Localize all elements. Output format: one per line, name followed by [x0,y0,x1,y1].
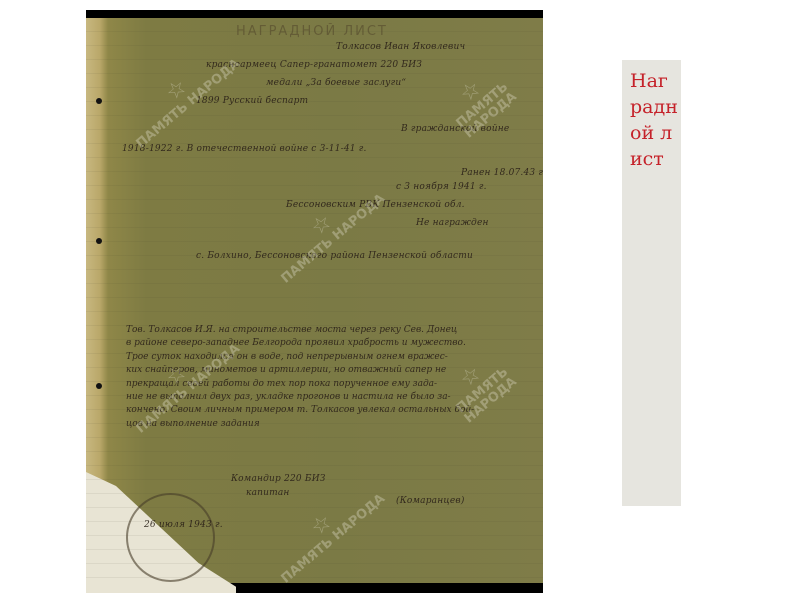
stamp-circle [126,493,215,582]
citation-line: цов на выполнение задания [126,418,543,431]
field-service: 1918-1922 г. В отечественной войне с 3-1… [122,144,367,154]
watermark: ☆ПАМЯТЬ НАРОДА [415,43,543,161]
signature-date: 26 июля 1943 г. [144,520,223,530]
slide-title-panel: Наградной лист [622,60,681,506]
field-award: медали „За боевые заслуги“ [266,78,406,88]
award-sheet-scan: НАГРАДНОЙ ЛИСТ Толкасов Иван Яковлевич к… [86,10,543,593]
field-prior-awards: Не награжден [416,218,489,228]
star-icon: ☆ [120,40,234,141]
field-enlistment-date: с 3 ноября 1941 г. [396,182,487,192]
signature-position: Командир 220 БИЗ [231,474,326,484]
field-wounds: Ранен 18.07.43 г. [461,168,543,178]
signature-rank: капитан [246,488,290,498]
citation-line: в районе северо-западнее Белгорода прояв… [126,337,543,350]
field-name: Толкасов Иван Яковлевич [336,42,465,52]
citation-line: Тов. Толкасов И.Я. на строительстве мост… [126,324,543,337]
slide-title: Наградной лист [630,68,678,172]
document-paper: НАГРАДНОЙ ЛИСТ Толкасов Иван Яковлевич к… [86,18,543,583]
field-birth-nationality: 1899 Русский беспарт [196,96,308,106]
document-header: НАГРАДНОЙ ЛИСТ [236,24,388,39]
field-address: с. Болхино, Бессоновского района Пензенс… [196,251,473,261]
watermark: ☆ПАМЯТЬ НАРОДА [265,175,387,286]
signature-name: (Комаранцев) [396,496,465,506]
